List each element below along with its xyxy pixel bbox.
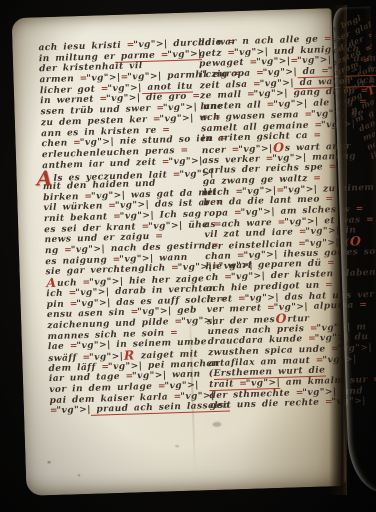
rubric-initial: A [46,279,56,287]
rubric-initial: R [124,351,135,359]
line-text-cont [372,18,376,27]
rubric-initial: O [273,144,285,152]
rubric-initial [372,18,376,27]
line-text: ="vg">| [50,405,91,416]
rubric-initial: O [275,315,287,323]
rubric-initial: T [366,86,376,97]
parchment-stain [212,422,221,427]
text-column-2: da war n ach alle ge = getz ="vg">| und … [198,34,336,412]
text-column-1: ach iesu kristi ="vg">| durchdie = in mi… [38,39,202,418]
left-page: ach iesu kristi ="vg">| durchdie = in mi… [12,8,347,496]
parchment-speck [175,445,179,447]
rubric-initial: A [37,175,53,181]
parchment-speck [78,474,80,476]
text-block: ach iesu kristi ="vg">| durchdie = in mi… [38,34,336,417]
parchment-speck [48,461,51,463]
manuscript-photo: ach iesu kristi ="vg">| durchdie = in mi… [0,0,376,512]
